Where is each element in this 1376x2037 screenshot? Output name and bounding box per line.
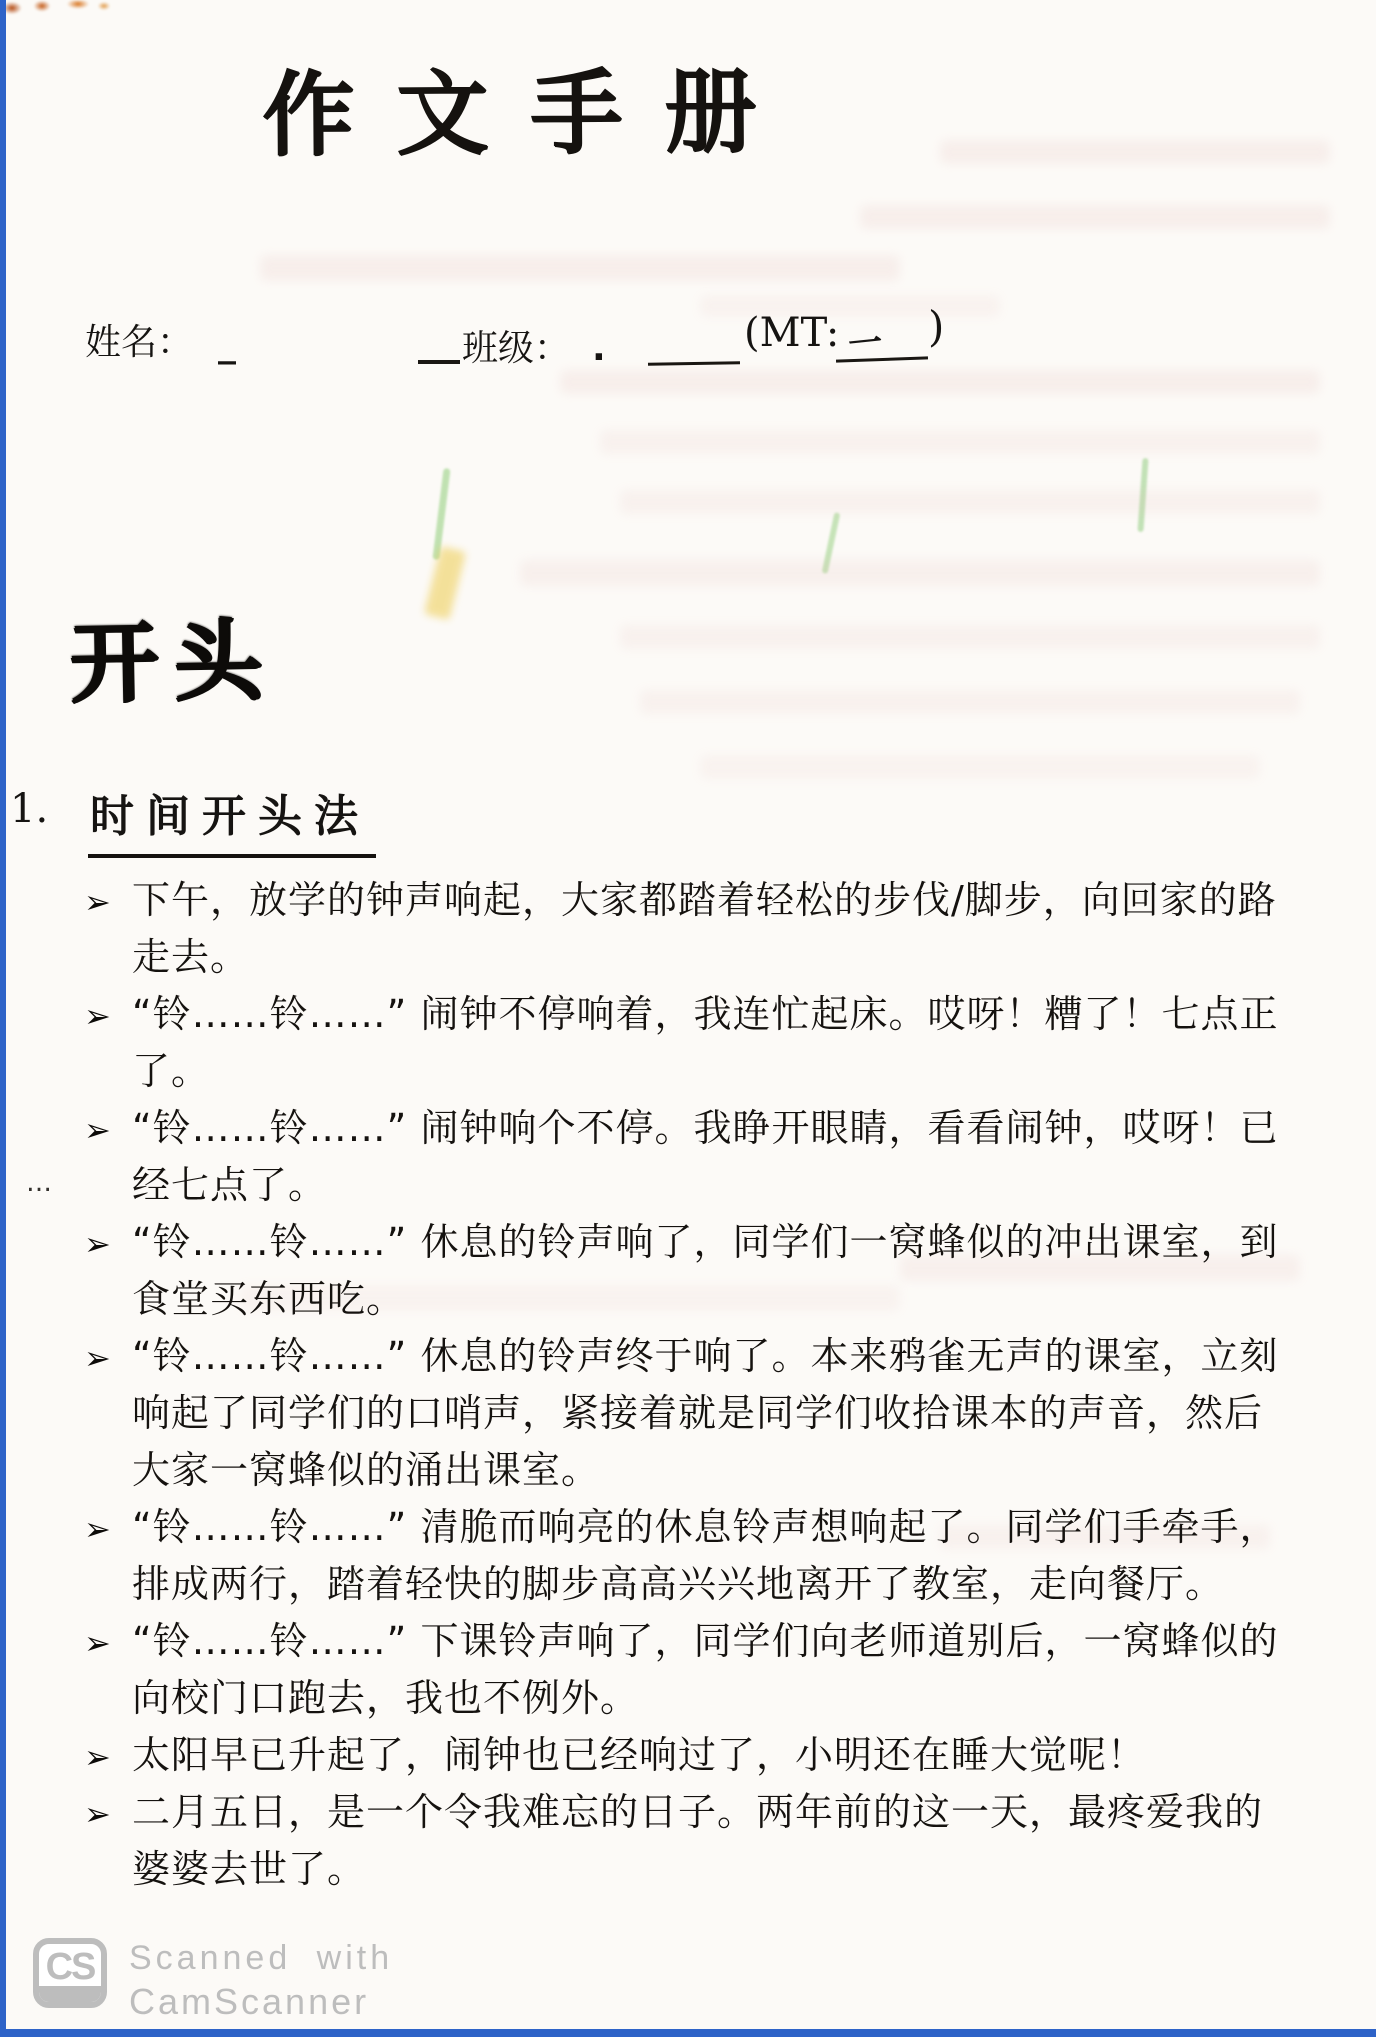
bullet-text: “铃……铃……” 休息的铃声响了，同学们一窝蜂似的冲出课室，到食堂买东西吃。 bbox=[132, 1220, 1278, 1321]
document-title: 作文手册 bbox=[180, 38, 881, 175]
arrow-bullet-icon: ➢ bbox=[84, 1216, 111, 1273]
section-heading: 开头 bbox=[69, 590, 279, 720]
mt-label-open: (MT: bbox=[744, 310, 839, 356]
list-item: ➢ “铃……铃……” 闹钟响个不停。我睁开眼睛，看看闹钟，哎呀！已经七点了。 bbox=[86, 1100, 1301, 1214]
blank-line bbox=[418, 360, 460, 364]
margin-dots-mark: … bbox=[26, 1168, 54, 1198]
orange-ink-smudge bbox=[0, 0, 120, 30]
bleed-through-ghost bbox=[520, 560, 1320, 586]
camscanner-watermark: CS Scanned with CamScanner bbox=[33, 1938, 393, 2026]
bleed-through-ghost bbox=[860, 205, 1330, 229]
watermark-line1: Scanned with bbox=[129, 1938, 393, 1978]
bullet-text: 太阳早已升起了，闹钟也已经响过了，小明还在睡大觉呢！ bbox=[132, 1733, 1146, 1777]
example-sentence-list: ➢ 下午，放学的钟声响起，大家都踏着轻松的步伐/脚步，向回家的路走去。 ➢ “铃… bbox=[86, 872, 1301, 1898]
arrow-bullet-icon: ➢ bbox=[84, 1102, 111, 1159]
list-item: ➢ 下午，放学的钟声响起，大家都踏着轻松的步伐/脚步，向回家的路走去。 bbox=[86, 872, 1301, 986]
arrow-bullet-icon: ➢ bbox=[84, 874, 111, 931]
name-blank-mark: _ bbox=[218, 324, 236, 365]
bleed-through-ghost bbox=[600, 430, 1320, 454]
scan-edge-left bbox=[0, 0, 6, 2037]
arrow-bullet-icon: ➢ bbox=[84, 1786, 111, 1843]
bleed-through-ghost bbox=[940, 140, 1330, 164]
arrow-bullet-icon: ➢ bbox=[84, 1330, 111, 1387]
scan-edge-bottom bbox=[0, 2029, 1376, 2037]
name-label: 姓名： bbox=[85, 314, 193, 365]
arrow-bullet-icon: ➢ bbox=[84, 1615, 111, 1672]
bleed-through-ghost bbox=[700, 755, 1260, 779]
watermark-text: Scanned with CamScanner bbox=[129, 1938, 393, 2026]
arrow-bullet-icon: ➢ bbox=[84, 988, 111, 1045]
bullet-text: 下午，放学的钟声响起，大家都踏着轻松的步伐/脚步，向回家的路走去。 bbox=[132, 878, 1277, 979]
list-item: ➢ 二月五日，是一个令我难忘的日子。两年前的这一天，最疼爱我的婆婆去世了。 bbox=[86, 1784, 1301, 1898]
scanned-document-page: 作文手册 姓名： _ 班级： . (MT: 一 ) 开头 1. 时间开头法 ➢ … bbox=[0, 0, 1376, 2037]
class-blank-mark: . bbox=[592, 328, 606, 369]
bullet-text: “铃……铃……” 清脆而响亮的休息铃声想响起了。同学们手牵手，排成两行，踏着轻快… bbox=[132, 1505, 1278, 1606]
green-highlighter-streak bbox=[1137, 458, 1148, 532]
bullet-text: “铃……铃……” 休息的铃声终于响了。本来鸦雀无声的课室，立刻响起了同学们的口哨… bbox=[132, 1334, 1278, 1492]
bullet-text: “铃……铃……” 下课铃声响了，同学们向老师道别后，一窝蜂似的向校门口跑去，我也… bbox=[132, 1619, 1278, 1720]
class-label: 班级： bbox=[462, 320, 570, 371]
camscanner-logo-bar bbox=[39, 1986, 101, 2002]
name-class-row: 姓名： _ 班级： . (MT: 一 ) bbox=[0, 314, 1376, 384]
blank-line bbox=[648, 361, 740, 366]
list-item: ➢ “铃……铃……” 下课铃声响了，同学们向老师道别后，一窝蜂似的向校门口跑去，… bbox=[86, 1613, 1301, 1727]
camscanner-logo-icon: CS bbox=[33, 1938, 107, 2008]
list-item: ➢ “铃……铃……” 休息的铃声响了，同学们一窝蜂似的冲出课室，到食堂买东西吃。 bbox=[86, 1214, 1301, 1328]
list-item: ➢ “铃……铃……” 闹钟不停响着，我连忙起床。哎呀！糟了！七点正了。 bbox=[86, 986, 1301, 1100]
method-number: 1. bbox=[10, 786, 48, 832]
camscanner-logo-letters: CS bbox=[39, 1946, 101, 1989]
bullet-text: “铃……铃……” 闹钟响个不停。我睁开眼睛，看看闹钟，哎呀！已经七点了。 bbox=[132, 1106, 1278, 1207]
watermark-line2: CamScanner bbox=[129, 1978, 393, 2026]
mt-handwritten-value: 一 bbox=[846, 314, 885, 366]
arrow-bullet-icon: ➢ bbox=[84, 1729, 111, 1786]
method-title: 时间开头法 bbox=[88, 780, 376, 858]
list-item: ➢ “铃……铃……” 清脆而响亮的休息铃声想响起了。同学们手牵手，排成两行，踏着… bbox=[86, 1499, 1301, 1613]
bleed-through-ghost bbox=[620, 490, 1320, 514]
arrow-bullet-icon: ➢ bbox=[84, 1501, 111, 1558]
green-highlighter-streak bbox=[822, 512, 841, 574]
bleed-through-ghost bbox=[640, 690, 1300, 714]
list-item: ➢ “铃……铃……” 休息的铃声终于响了。本来鸦雀无声的课室，立刻响起了同学们的… bbox=[86, 1328, 1301, 1499]
list-item: ➢ 太阳早已升起了，闹钟也已经响过了，小明还在睡大觉呢！ bbox=[86, 1727, 1301, 1784]
bullet-text: “铃……铃……” 闹钟不停响着，我连忙起床。哎呀！糟了！七点正了。 bbox=[132, 992, 1278, 1093]
bleed-through-ghost bbox=[620, 625, 1320, 649]
bullet-text: 二月五日，是一个令我难忘的日子。两年前的这一天，最疼爱我的婆婆去世了。 bbox=[132, 1790, 1263, 1891]
bleed-through-ghost bbox=[260, 255, 900, 281]
yellow-highlighter-smudge bbox=[424, 546, 466, 620]
mt-label-close: ) bbox=[928, 302, 944, 351]
green-highlighter-streak bbox=[432, 468, 450, 560]
